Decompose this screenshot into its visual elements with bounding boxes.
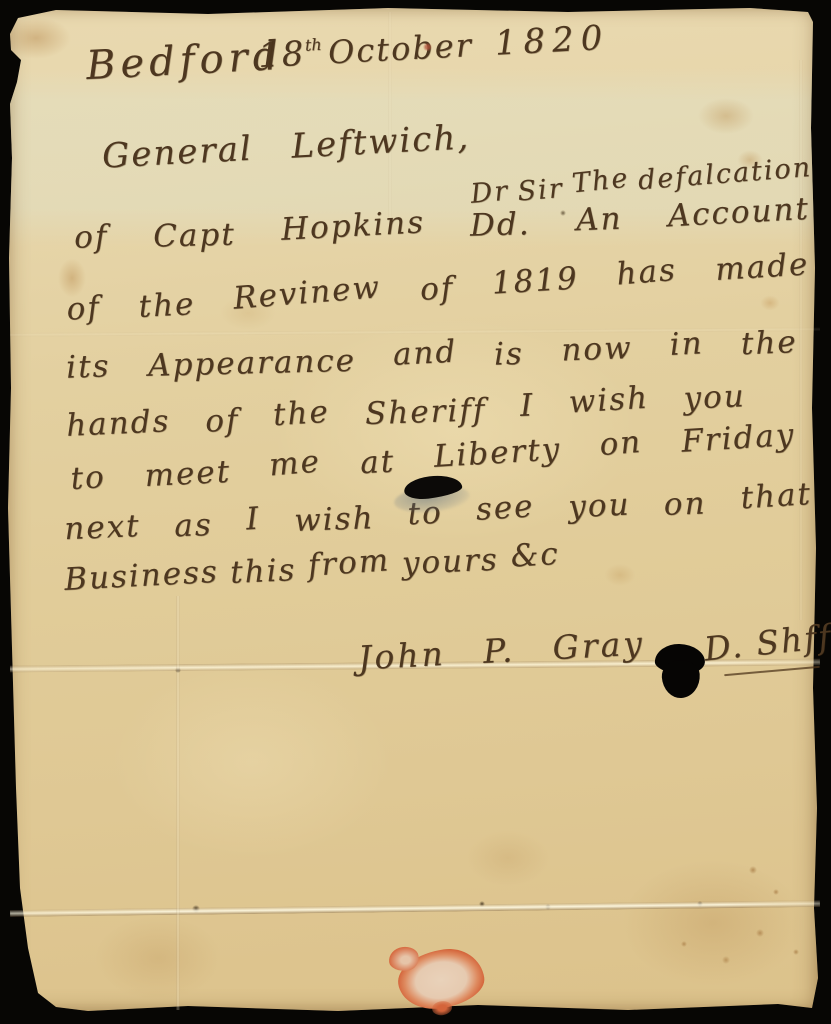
handwritten-word: Friday — [680, 418, 796, 461]
handwritten-word: from — [307, 543, 392, 584]
handwritten-word: I — [245, 502, 261, 538]
handwritten-word: wish — [568, 381, 650, 421]
dateline-year: 1820 — [494, 18, 610, 64]
handwritten-word: the — [740, 325, 798, 363]
dateline-month: October — [327, 26, 474, 72]
handwritten-word: yours — [402, 543, 500, 583]
handwritten-word: 1819 — [491, 261, 580, 302]
letter-scan: Bedford 18thOctober1820 General Leftwich… — [0, 0, 831, 1024]
handwritten-word: &c — [510, 537, 561, 575]
handwritten-word: and — [392, 335, 458, 374]
handwritten-word: hands — [66, 404, 172, 444]
handwritten-word: Capt — [153, 218, 236, 256]
handwritten-word: wish — [293, 501, 374, 539]
handwritten-word: next — [64, 509, 142, 548]
handwritten-word: me — [268, 444, 322, 484]
handwritten-word: of — [74, 220, 109, 257]
handwritten-word: of — [66, 291, 102, 329]
handwritten-word: of — [419, 271, 455, 308]
handwritten-word: Hopkins — [280, 205, 426, 248]
handwritten-word: that — [739, 477, 812, 517]
handwritten-word: the — [138, 287, 197, 325]
dateline-day-suffix: th — [304, 35, 322, 55]
handwritten-word: on — [599, 425, 644, 464]
handwritten-word: you — [568, 488, 632, 526]
handwritten-word: Account — [667, 192, 811, 235]
handwritten-word: is — [494, 337, 525, 373]
handwritten-word: of — [204, 403, 239, 440]
handwritten-word: Dd. — [470, 207, 531, 244]
handwritten-word: has — [615, 253, 678, 293]
handwritten-word: see — [475, 489, 536, 528]
handwritten-word: Sir — [517, 173, 565, 207]
fold-crease-vertical-right — [799, 60, 803, 620]
handwritten-word: I — [519, 388, 535, 424]
handwritten-word: meet — [144, 455, 232, 495]
handwritten-word: to — [70, 460, 107, 498]
handwritten-word: The — [570, 163, 630, 200]
handwritten-word: you — [683, 379, 747, 417]
handwritten-word: made — [714, 247, 810, 288]
handwritten-word: now — [561, 331, 633, 369]
handwritten-word: Dr — [469, 176, 510, 210]
dateline-day: 18 — [257, 34, 306, 76]
handwritten-word: as — [174, 508, 214, 545]
handwritten-word: on — [664, 487, 708, 524]
handwritten-word: Appearance — [147, 344, 356, 385]
handwritten-word: An — [576, 202, 624, 239]
fold-crease-vertical-left — [176, 596, 180, 1010]
handwritten-word: the — [272, 395, 331, 434]
handwritten-word: at — [359, 445, 396, 482]
handwritten-word: in — [669, 326, 705, 363]
handwritten-word: its — [66, 349, 111, 386]
handwritten-word: Sheriff — [364, 393, 486, 433]
handwritten-word: this — [230, 553, 298, 591]
